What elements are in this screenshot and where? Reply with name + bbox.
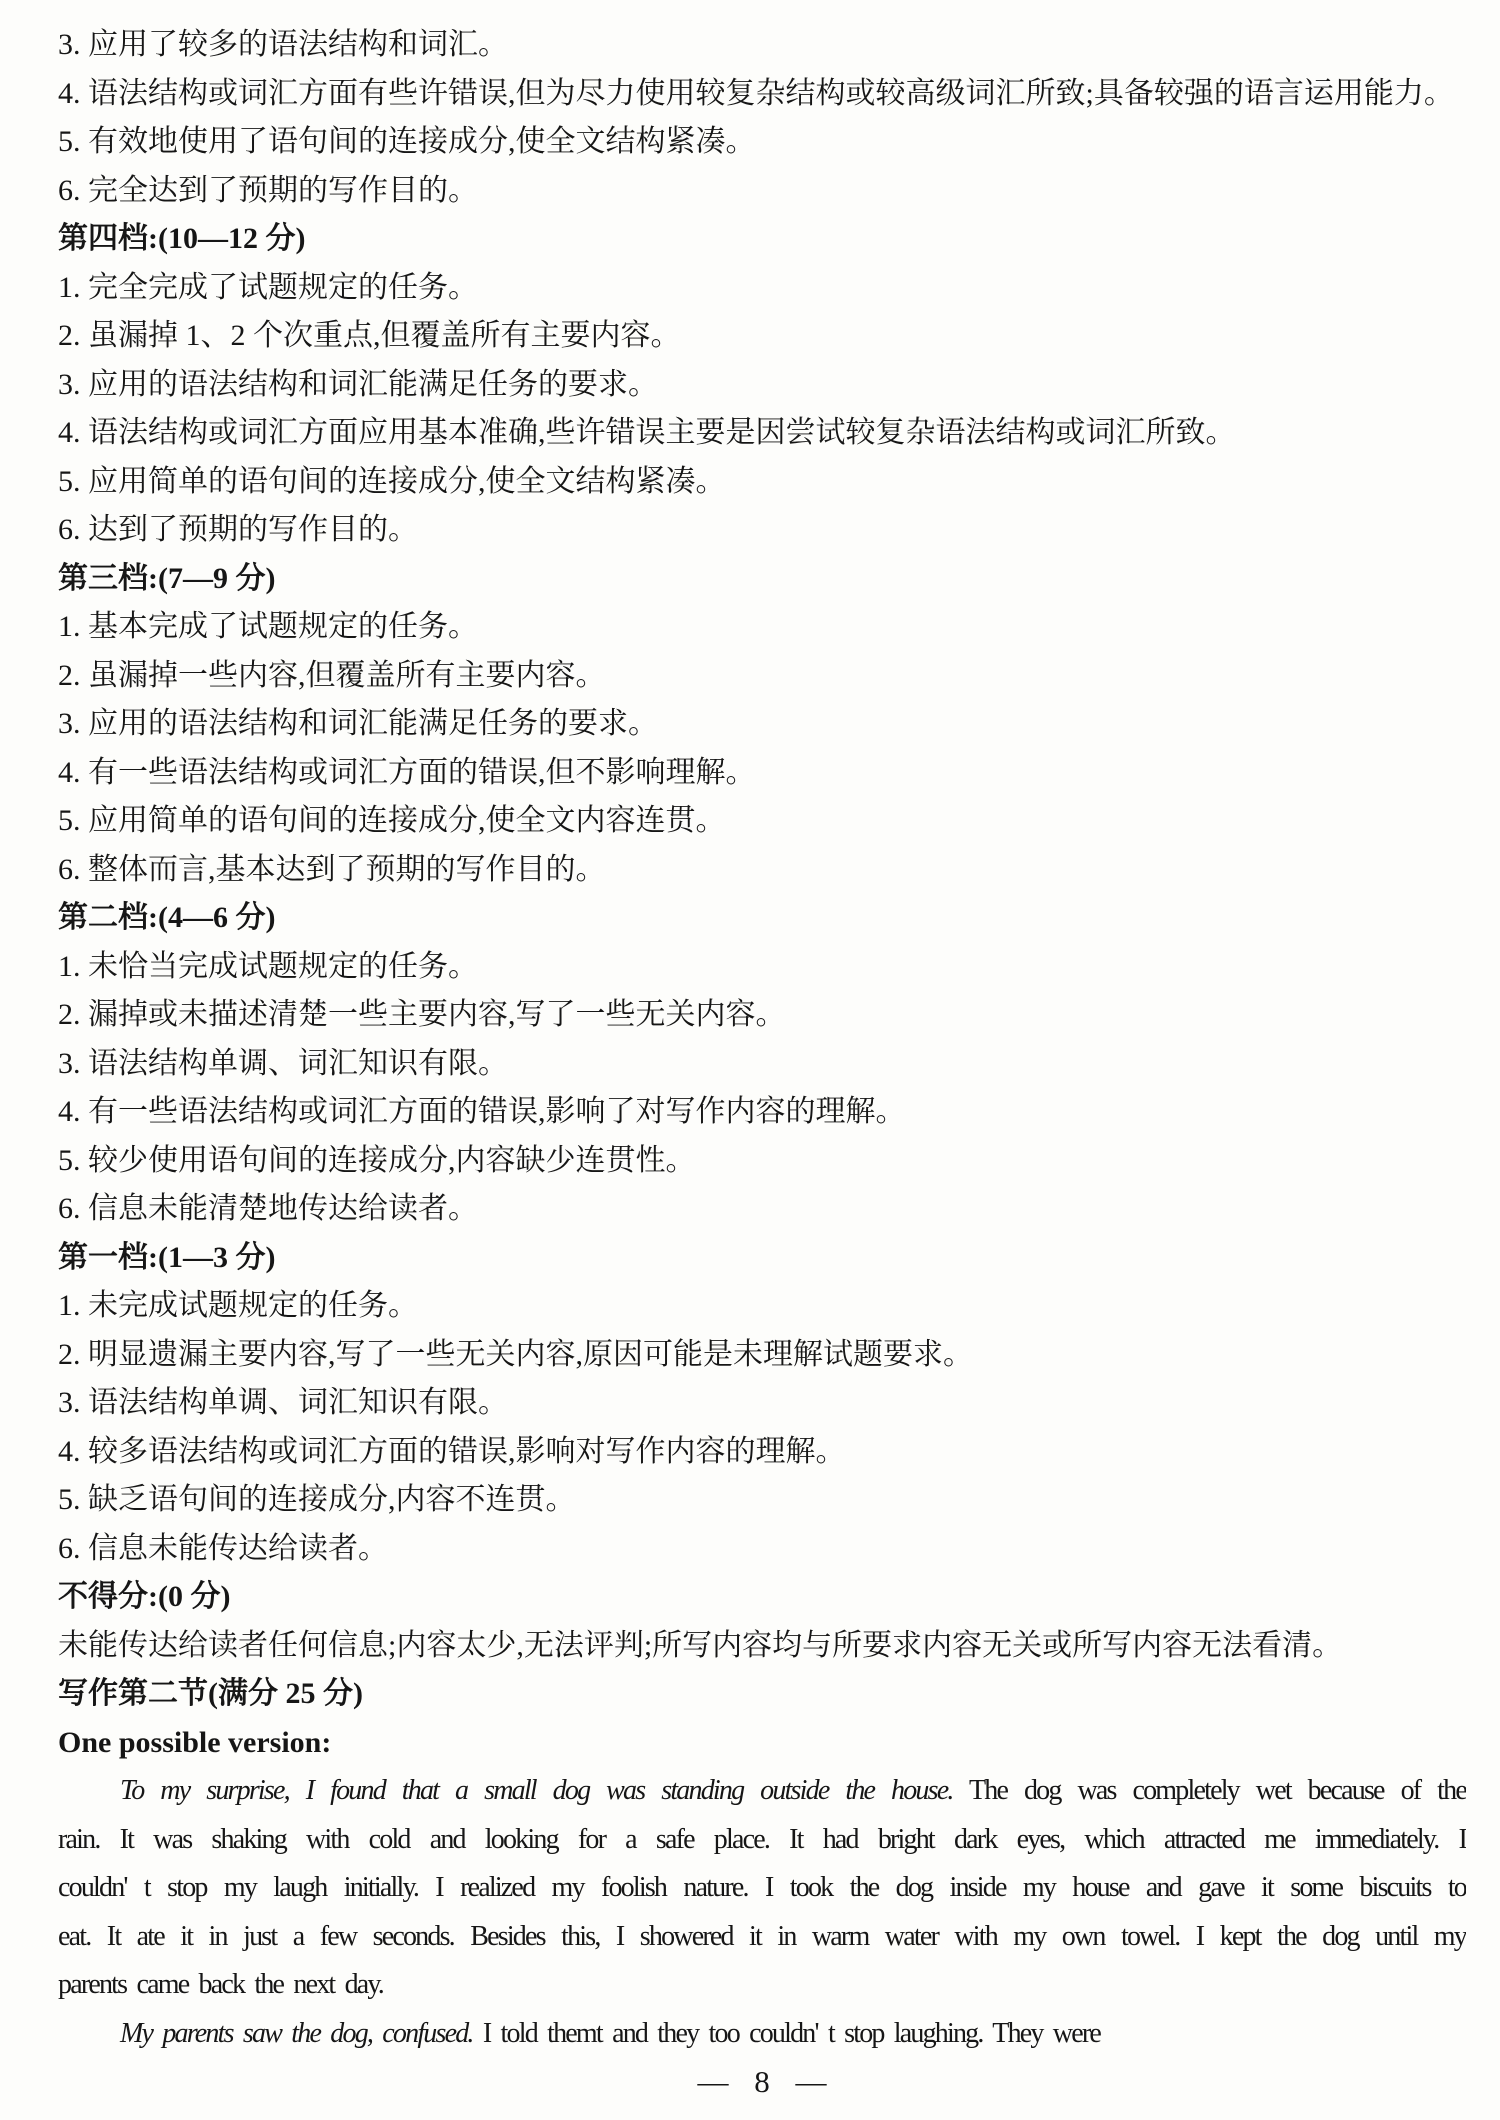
rubric-line: 1. 基本完成了试题规定的任务。 <box>58 603 1466 652</box>
rubric-line: 6. 信息未能清楚地传达给读者。 <box>58 1185 1466 1234</box>
rubric-line: 5. 有效地使用了语句间的连接成分,使全文结构紧凑。 <box>58 118 1466 167</box>
rubric-line: 6. 整体而言,基本达到了预期的写作目的。 <box>58 846 1466 895</box>
essay-line: My parents saw the dog, confused. I told… <box>58 2010 1466 2059</box>
essay-line: To my surprise, I found that a small dog… <box>58 1767 1466 1816</box>
rubric-line: 5. 较少使用语句间的连接成分,内容缺少连贯性。 <box>58 1137 1466 1186</box>
writing-section-heading: 写作第二节(满分 25 分) <box>58 1670 1466 1719</box>
rubric-zero-score-heading: 不得分:(0 分) <box>58 1573 1466 1622</box>
essay-line: rain. It was shaking with cold and looki… <box>58 1816 1466 1865</box>
rubric-band-heading: 第二档:(4—6 分) <box>58 894 1466 943</box>
essay-line: parents came back the next day. <box>58 1961 1466 2010</box>
rubric-line: 1. 完全完成了试题规定的任务。 <box>58 264 1466 313</box>
rubric-line: 6. 完全达到了预期的写作目的。 <box>58 167 1466 216</box>
rubric-band-heading: 第四档:(10—12 分) <box>58 215 1466 264</box>
rubric-band-heading: 第一档:(1—3 分) <box>58 1234 1466 1283</box>
essay-line: couldn' t stop my laugh initially. I rea… <box>58 1864 1466 1913</box>
rubric-line: 2. 漏掉或未描述清楚一些主要内容,写了一些无关内容。 <box>58 991 1466 1040</box>
rubric-line: 3. 语法结构单调、词汇知识有限。 <box>58 1040 1466 1089</box>
rubric-line: 1. 未完成试题规定的任务。 <box>58 1282 1466 1331</box>
rubric-line: 6. 达到了预期的写作目的。 <box>58 506 1466 555</box>
rubric-line: 3. 语法结构单调、词汇知识有限。 <box>58 1379 1466 1428</box>
rubric-line: 2. 虽漏掉 1、2 个次重点,但覆盖所有主要内容。 <box>58 312 1466 361</box>
essay-roman-segment: I told themt and they too couldn' t stop… <box>473 2018 1100 2049</box>
rubric-line: 3. 应用了较多的语法结构和词汇。 <box>58 21 1466 70</box>
rubric-line: 2. 虽漏掉一些内容,但覆盖所有主要内容。 <box>58 652 1466 701</box>
essay-roman-segment: couldn' t stop my laugh initially. I rea… <box>58 1872 1466 1903</box>
rubric-line: 4. 有一些语法结构或词汇方面的错误,影响了对写作内容的理解。 <box>58 1088 1466 1137</box>
essay-roman-segment: eat. It ate it in just a few seconds. Be… <box>58 1921 1466 1952</box>
essay-roman-segment: The dog was completely wet because of th… <box>953 1775 1466 1806</box>
rubric-line: 5. 应用简单的语句间的连接成分,使全文内容连贯。 <box>58 797 1466 846</box>
essay-italic-segment: My parents saw the dog, confused. <box>120 2018 473 2049</box>
one-possible-version-label: One possible version: <box>58 1719 1466 1768</box>
rubric-line: 4. 语法结构或词汇方面应用基本准确,些许错误主要是因尝试较复杂语法结构或词汇所… <box>58 409 1466 458</box>
rubric-line: 4. 较多语法结构或词汇方面的错误,影响对写作内容的理解。 <box>58 1428 1466 1477</box>
rubric-line: 4. 有一些语法结构或词汇方面的错误,但不影响理解。 <box>58 749 1466 798</box>
rubric-line: 3. 应用的语法结构和词汇能满足任务的要求。 <box>58 361 1466 410</box>
scanned-exam-answer-page: 3. 应用了较多的语法结构和词汇。 4. 语法结构或词汇方面有些许错误,但为尽力… <box>0 0 1500 2120</box>
rubric-line: 未能传达给读者任何信息;内容太少,无法评判;所写内容均与所要求内容无关或所写内容… <box>58 1622 1466 1671</box>
essay-line: eat. It ate it in just a few seconds. Be… <box>58 1913 1466 1962</box>
rubric-line: 5. 应用简单的语句间的连接成分,使全文结构紧凑。 <box>58 458 1466 507</box>
page-number: — 8 — <box>58 2058 1466 2107</box>
rubric-band-heading: 第三档:(7—9 分) <box>58 555 1466 604</box>
essay-roman-segment: rain. It was shaking with cold and looki… <box>58 1824 1466 1855</box>
rubric-line: 6. 信息未能传达给读者。 <box>58 1525 1466 1574</box>
essay-roman-segment: parents came back the next day. <box>58 1969 383 2000</box>
essay-italic-segment: To my surprise, I found that a small dog… <box>120 1775 953 1806</box>
rubric-line: 1. 未恰当完成试题规定的任务。 <box>58 943 1466 992</box>
rubric-line: 5. 缺乏语句间的连接成分,内容不连贯。 <box>58 1476 1466 1525</box>
rubric-line: 3. 应用的语法结构和词汇能满足任务的要求。 <box>58 700 1466 749</box>
rubric-line: 2. 明显遗漏主要内容,写了一些无关内容,原因可能是未理解试题要求。 <box>58 1331 1466 1380</box>
rubric-line: 4. 语法结构或词汇方面有些许错误,但为尽力使用较复杂结构或较高级词汇所致;具备… <box>58 70 1466 119</box>
